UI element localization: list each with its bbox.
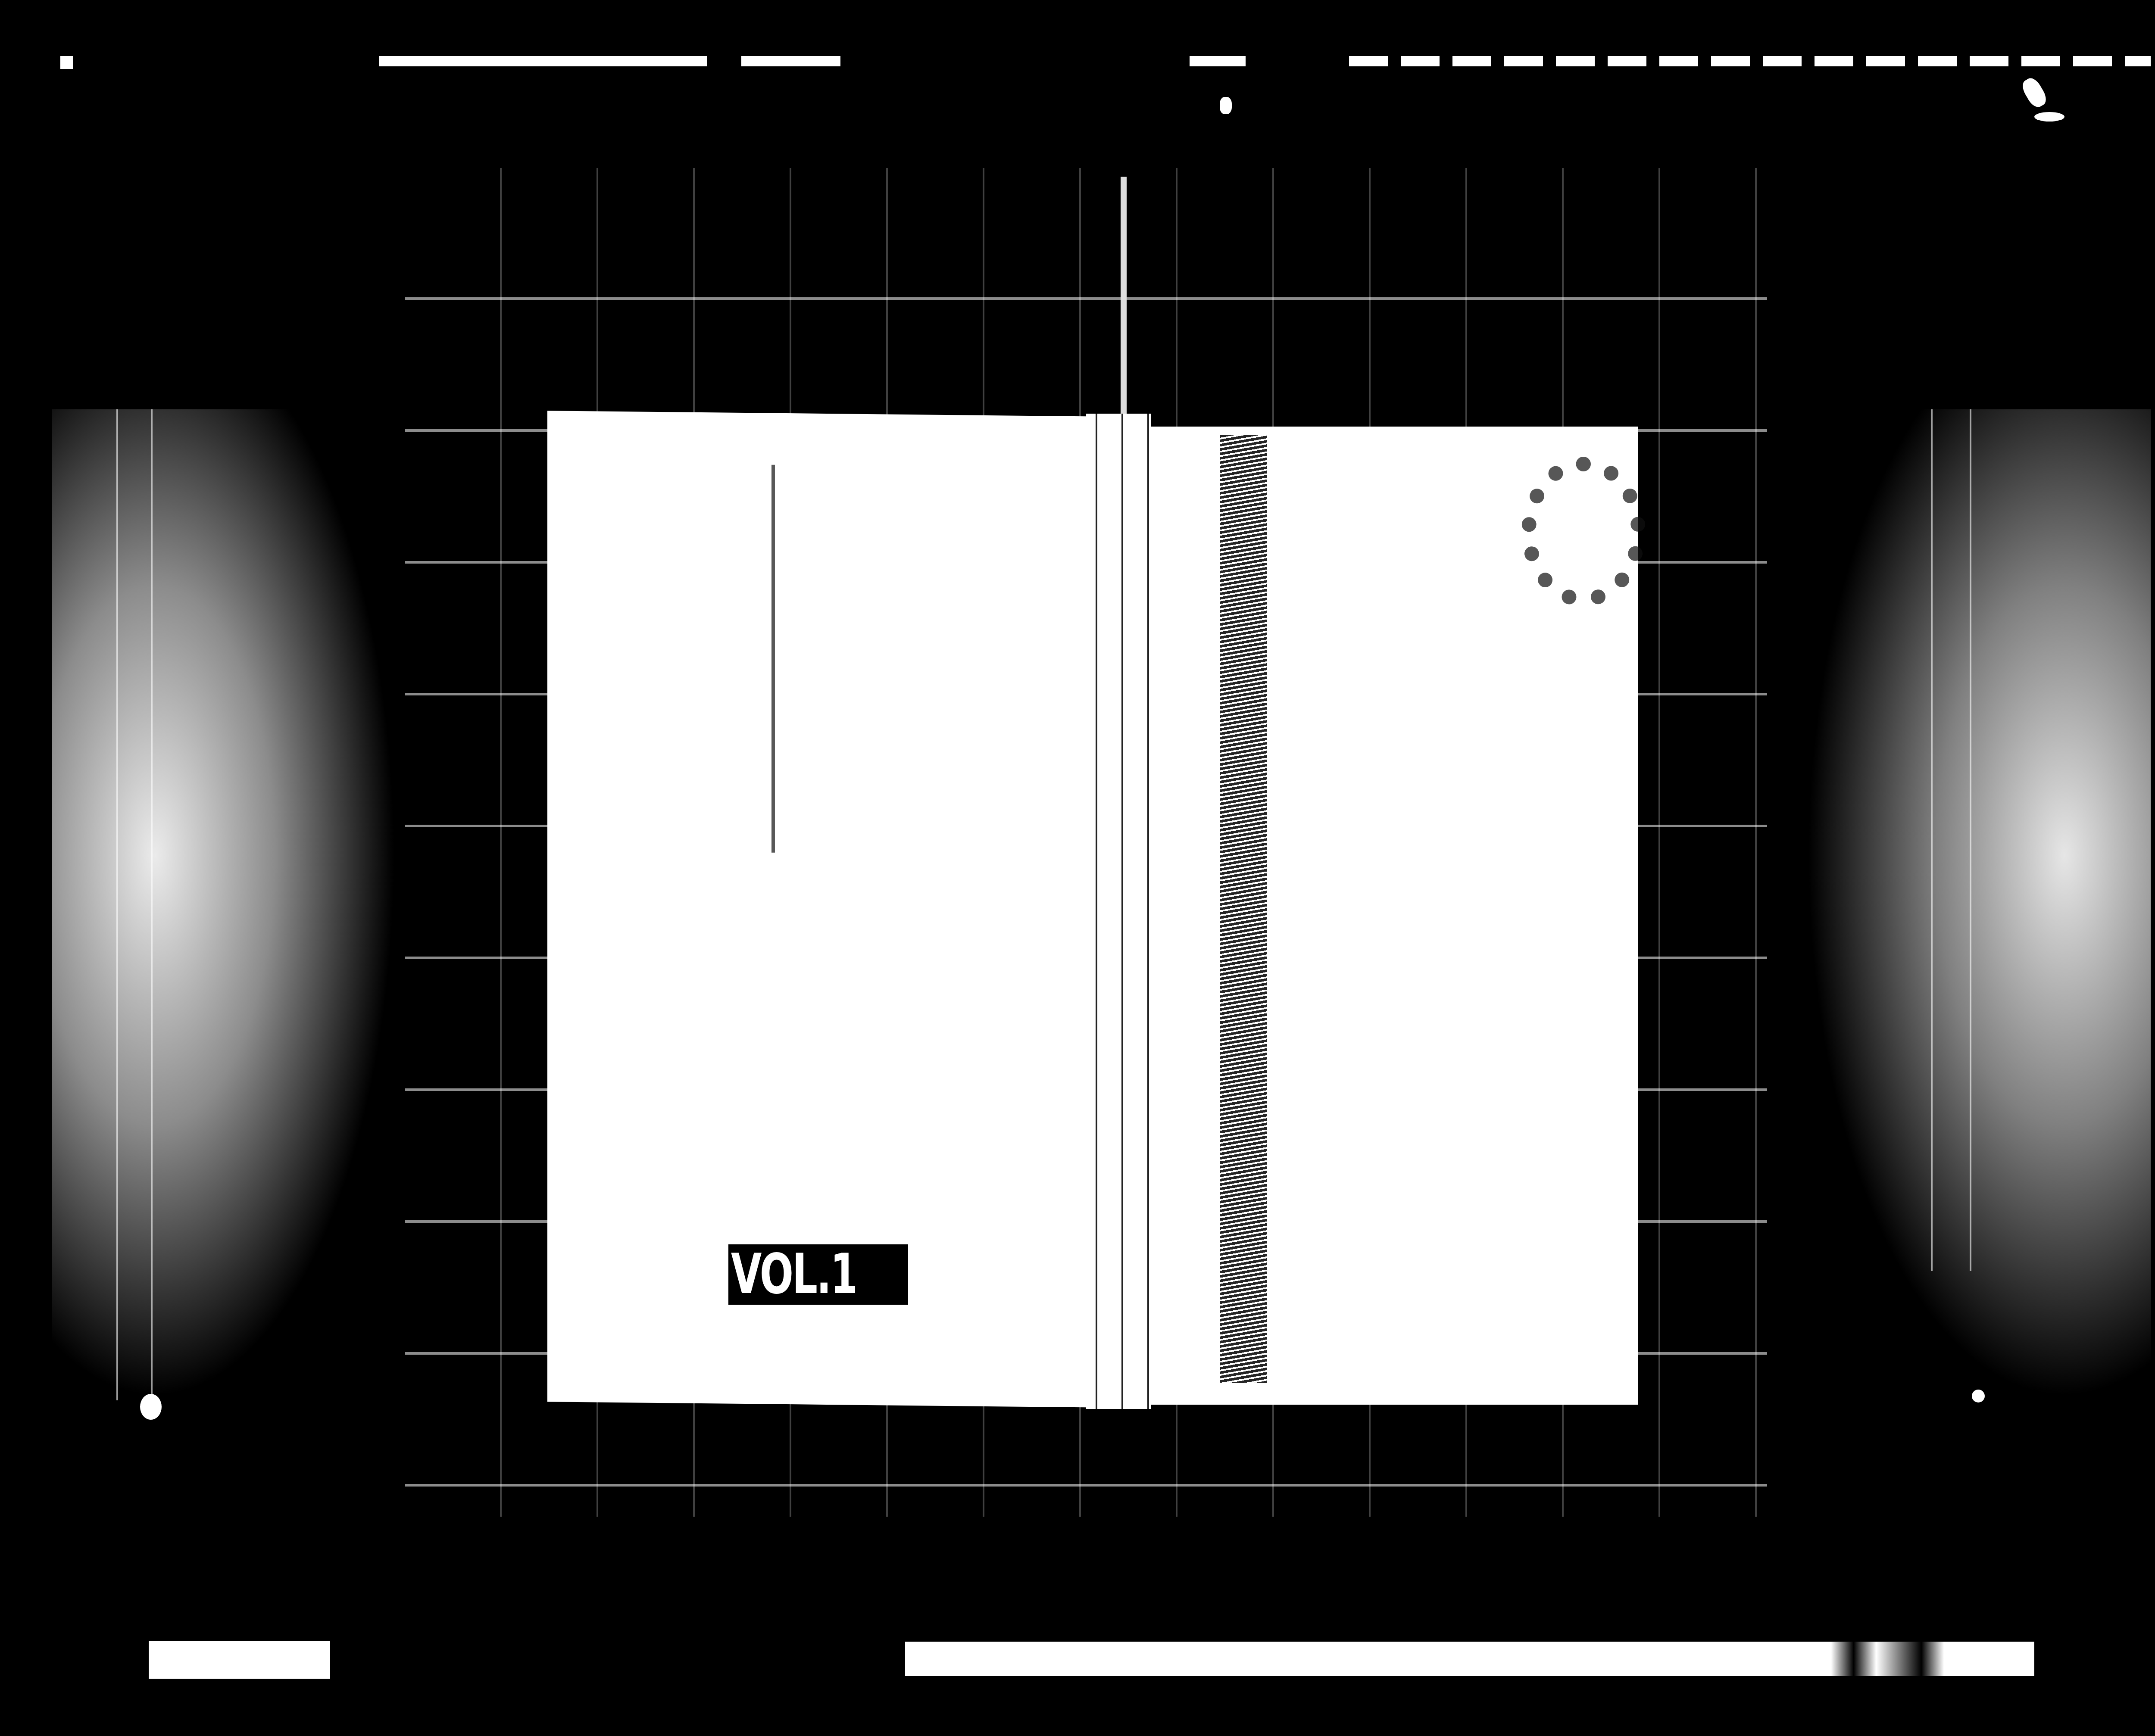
corner-mark: [2019, 75, 2049, 110]
bottom-white-bar-left: [149, 1641, 330, 1679]
open-book: [547, 414, 1638, 1409]
wall-divider: [1121, 177, 1127, 435]
corner-mark: [2034, 112, 2064, 122]
volume-label: VOL.1: [728, 1244, 908, 1305]
left-stamp-mark: [140, 1394, 162, 1420]
top-torn-strip: [1349, 56, 2151, 66]
right-textured-panel: [1806, 409, 2151, 1400]
top-torn-strip: [741, 56, 840, 66]
volume-label-text: VOL.1: [731, 1244, 857, 1305]
book-spine: [1086, 414, 1151, 1409]
edge-fragment: [60, 56, 73, 69]
right-stamp-mark: [1972, 1390, 1985, 1403]
scan-canvas: VOL.1: [0, 0, 2155, 1736]
gutter-shadow: [1220, 435, 1267, 1383]
page-crease: [771, 465, 775, 853]
corner-mark: [1220, 97, 1232, 114]
top-torn-strip: [379, 56, 707, 66]
page-stain: [1521, 457, 1646, 607]
bottom-white-bar-right: [905, 1642, 2034, 1676]
left-textured-panel: [52, 409, 397, 1400]
top-torn-strip: [1190, 56, 1246, 66]
